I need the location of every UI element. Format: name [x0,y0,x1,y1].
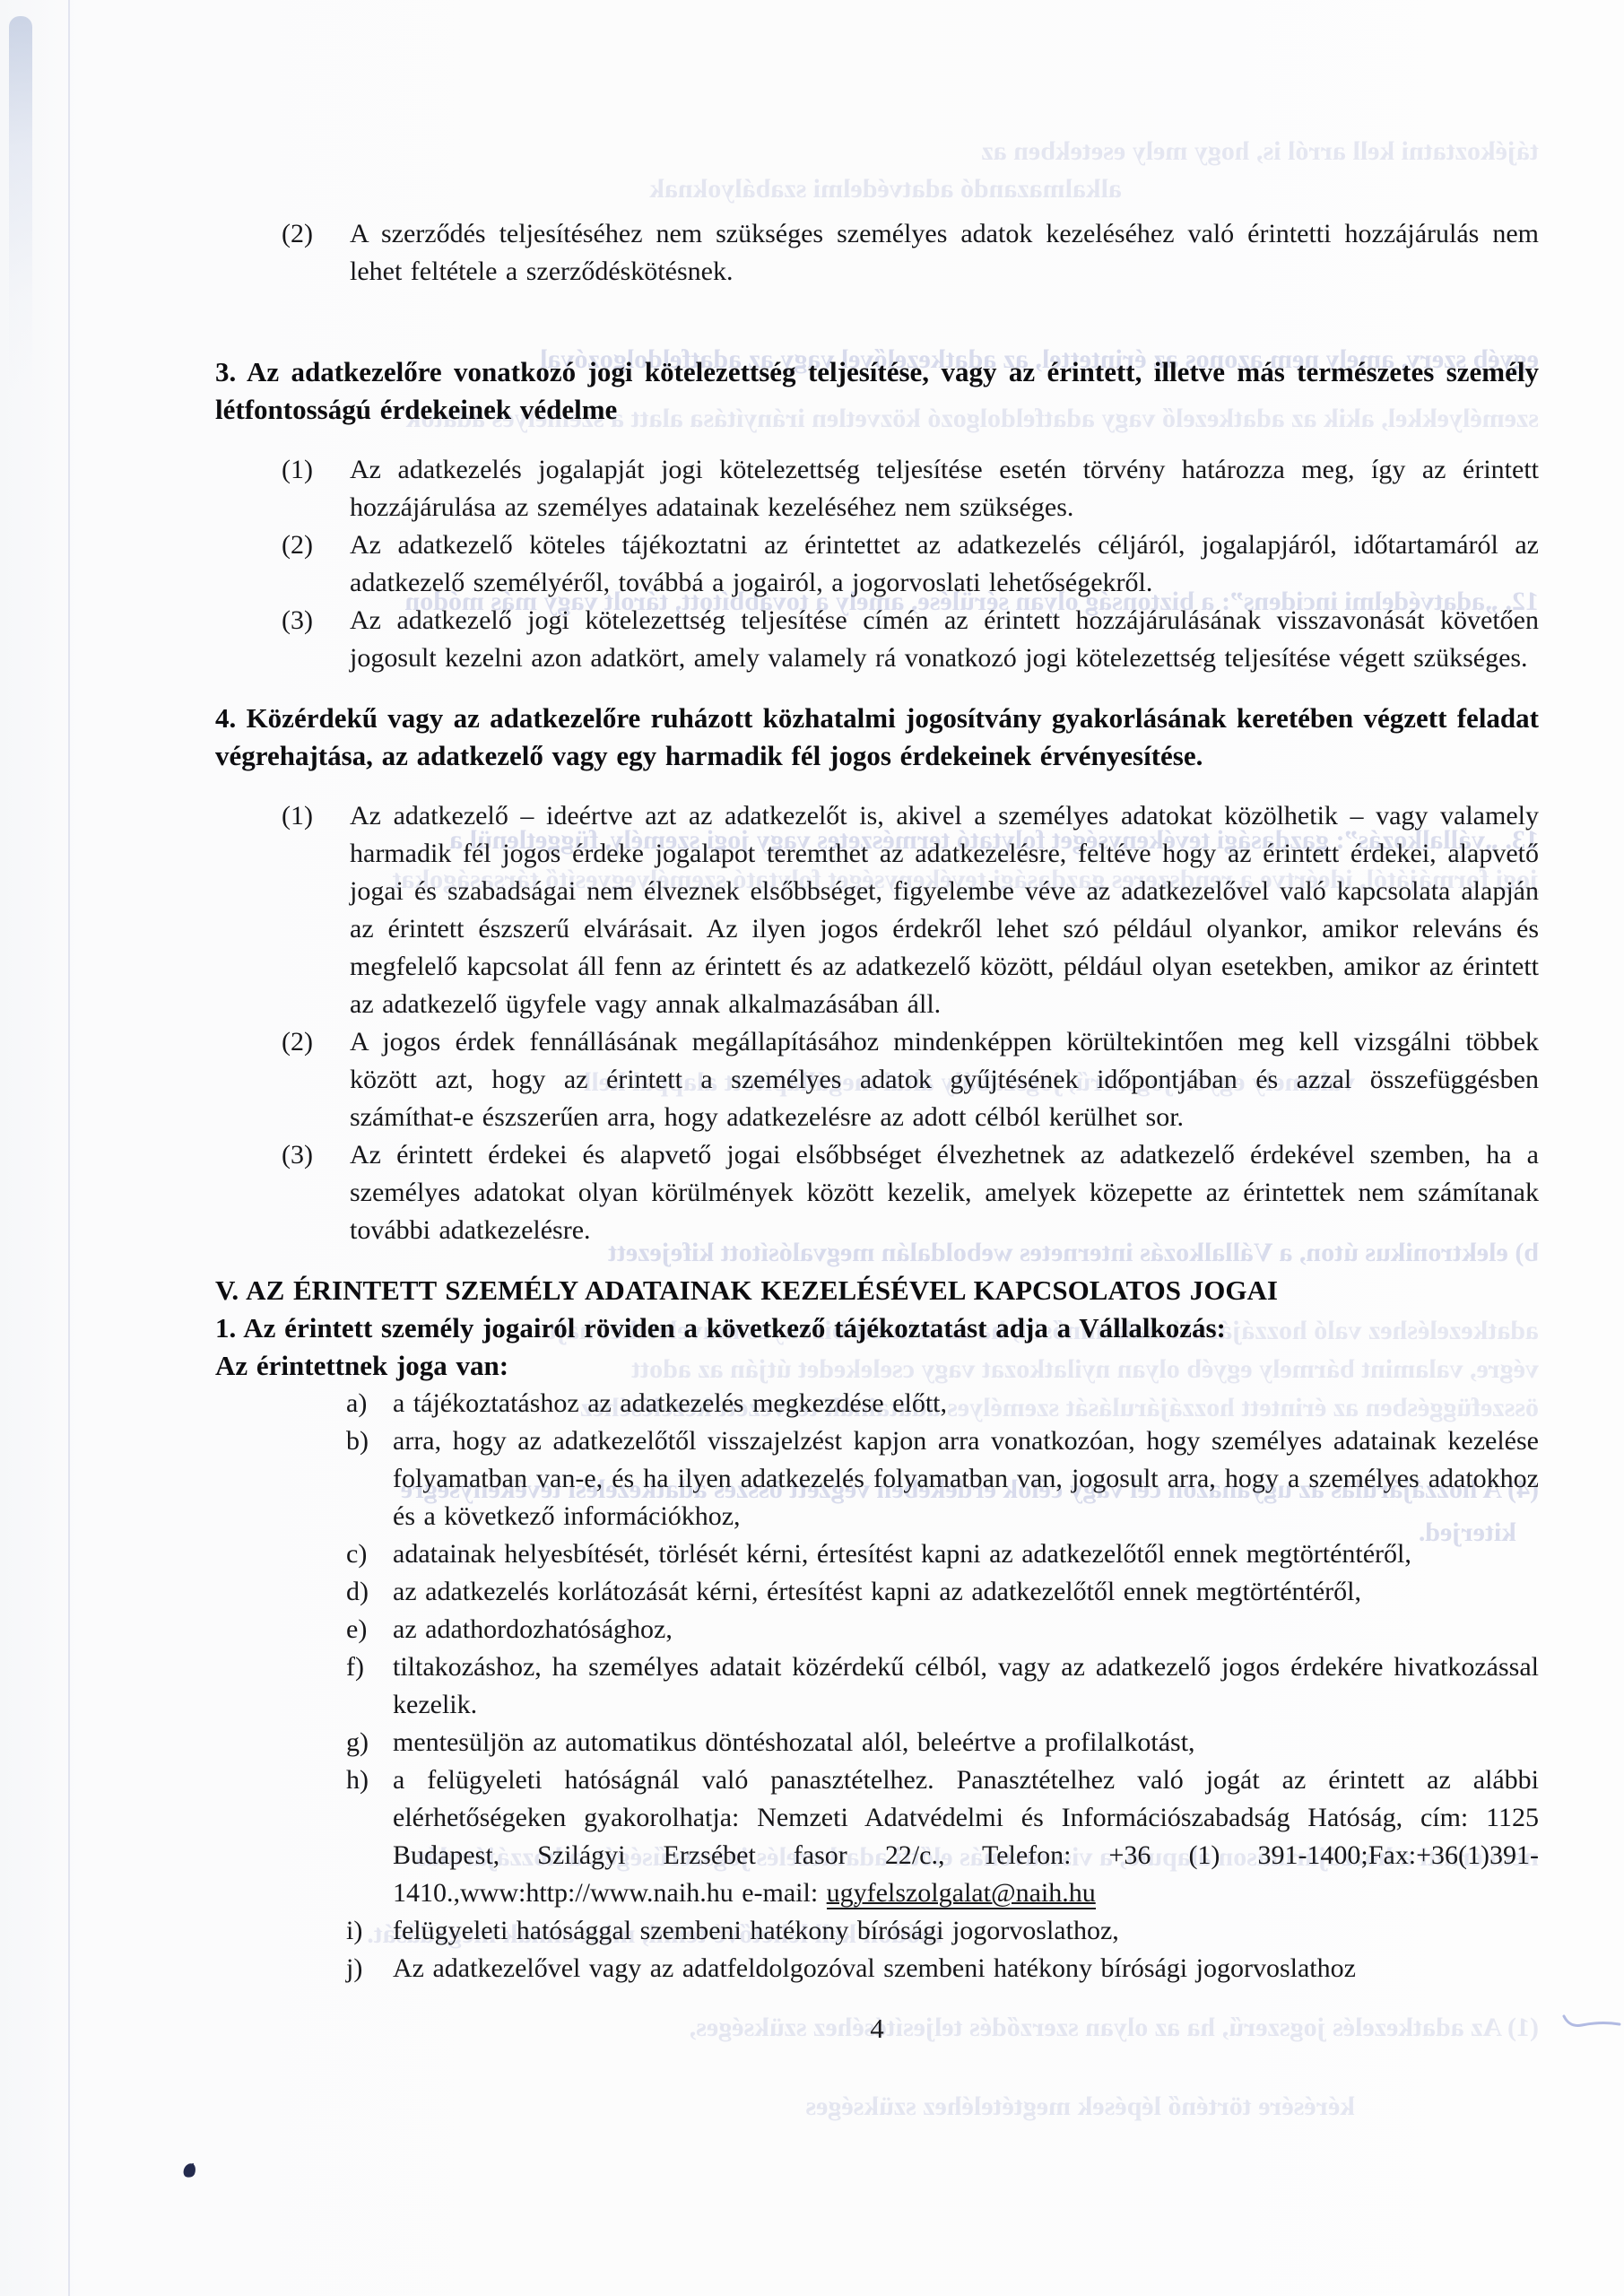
item-marker: (1) [282,797,313,835]
item-text: a tájékoztatáshoz az adatkezelés megkezd… [393,1388,947,1418]
item-text: arra, hogy az adatkezelőtől visszajelzés… [393,1426,1539,1531]
item-text: Az érintett érdekei és alapvető jogai el… [350,1140,1539,1245]
page-number: 4 [215,2013,1539,2045]
item-text: tiltakozáshoz, ha személyes adatait közé… [393,1652,1539,1719]
item-text: Az adatkezelő köteles tájékoztatni az ér… [350,530,1539,597]
section-4-item-1: (1)Az adatkezelő – ideértve azt az adatk… [215,797,1539,1023]
item-text: Az adatkezelés jogalapját jogi kötelezet… [350,455,1539,522]
section-3-heading: 3. Az adatkezelőre vonatkozó jogi kötele… [215,353,1539,429]
item-text: mentesüljön az automatikus döntéshozatal… [393,1727,1195,1757]
right-item-f: f)tiltakozáshoz, ha személyes adatait kö… [215,1648,1539,1724]
section-3-item-2: (2)Az adatkezelő köteles tájékoztatni az… [215,526,1539,602]
item-text: adatainak helyesbítését, törlését kérni,… [393,1539,1411,1569]
right-item-i: i)felügyeleti hatósággal szembeni hatéko… [215,1912,1539,1950]
item-text: A szerződés teljesítéséhez nem szükséges… [350,219,1539,286]
pen-squiggle-artifact [1560,2011,1623,2032]
rights-lead: Az érintettnek joga van: [215,1347,1539,1385]
item-marker: (2) [282,1023,313,1061]
right-item-c: c)adatainak helyesbítését, törlését kérn… [215,1535,1539,1573]
item-text: A jogos érdek fennállásának megállapítás… [350,1027,1539,1132]
right-item-j: j)Az adatkezelővel vagy az adatfeldolgoz… [215,1950,1539,1987]
item-marker: e) [346,1611,367,1648]
item-marker: f) [346,1648,364,1686]
scan-edge-shadow-artifact [9,16,32,393]
item-marker: (3) [282,1136,313,1174]
right-item-a: a)a tájékoztatáshoz az adatkezelés megke… [215,1385,1539,1422]
section-4-item-2: (2)A jogos érdek fennállásának megállapí… [215,1023,1539,1136]
ink-speck-artifact [182,2161,197,2179]
item-marker: c) [346,1535,367,1573]
section-5-subheading: 1. Az érintett személy jogairól röviden … [215,1309,1539,1347]
section-4-heading: 4. Közérdekű vagy az adatkezelőre ruházo… [215,700,1539,775]
right-item-b: b)arra, hogy az adatkezelőtől visszajelz… [215,1422,1539,1535]
right-item-e: e)az adathordozhatósághoz, [215,1611,1539,1648]
item-text: Az adatkezelővel vagy az adatfeldolgozóv… [393,1953,1356,1983]
document-content: (2)A szerződés teljesítéséhez nem szüksé… [215,0,1539,2045]
right-item-d: d)az adatkezelés korlátozását kérni, ért… [215,1573,1539,1611]
item-text: az adathordozhatósághoz, [393,1614,673,1644]
item-text: felügyeleti hatósággal szembeni hatékony… [393,1916,1119,1945]
item-marker: (2) [282,215,313,253]
item-marker: (2) [282,526,313,564]
item-marker: (3) [282,602,313,639]
item-marker: (1) [282,451,313,489]
paragraph-contract-consent: (2)A szerződés teljesítéséhez nem szüksé… [215,215,1539,291]
item-marker: a) [346,1385,367,1422]
item-marker: i) [346,1912,362,1950]
section-3-item-3: (3)Az adatkezelő jogi kötelezettség telj… [215,602,1539,677]
item-text: az adatkezelés korlátozását kérni, értes… [393,1577,1361,1606]
naih-email-address: ugyfelszolgalat@naih.hu [827,1878,1096,1909]
right-item-h: h)a felügyeleti hatóságnál való panaszté… [215,1761,1539,1912]
right-item-g: g)mentesüljön az automatikus döntéshozat… [215,1724,1539,1761]
item-marker: b) [346,1422,369,1460]
scan-fold-line-artifact [68,0,70,2296]
item-marker: g) [346,1724,369,1761]
item-marker: h) [346,1761,369,1799]
section-5-heading: V. AZ ÉRINTETT SZEMÉLY ADATAINAK KEZELÉS… [215,1272,1539,1309]
item-text: Az adatkezelő – ideértve azt az adatkeze… [350,801,1539,1019]
section-3-item-1: (1)Az adatkezelés jogalapját jogi kötele… [215,451,1539,526]
item-marker: d) [346,1573,369,1611]
scanned-document-page: tájékoztatni kell arról is, hogy mely es… [0,0,1624,2296]
section-4-item-3: (3)Az érintett érdekei és alapvető jogai… [215,1136,1539,1249]
item-text: Az adatkezelő jogi kötelezettség teljesí… [350,605,1539,673]
bleedthrough-text: kérésére történő lépések megtételéhez sz… [628,2090,1355,2126]
item-marker: j) [346,1950,362,1987]
